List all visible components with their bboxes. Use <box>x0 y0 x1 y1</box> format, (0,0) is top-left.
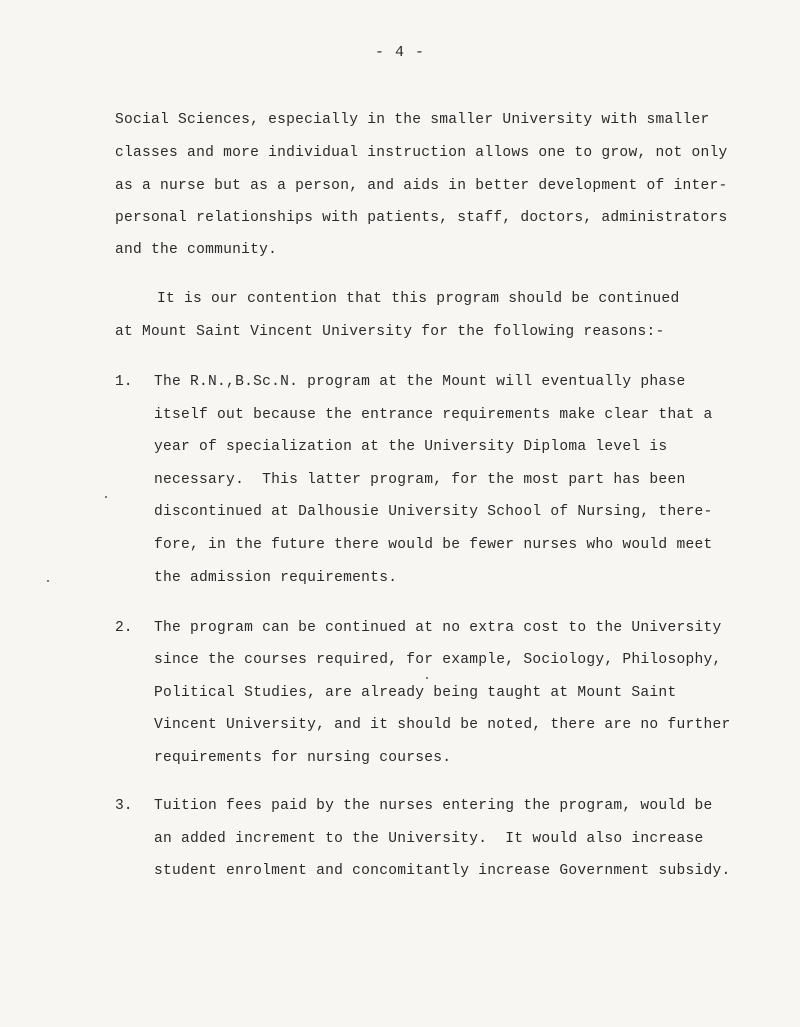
reason-line: student enrolment and concomitantly incr… <box>154 862 731 880</box>
reason-line: The R.N.,B.Sc.N. program at the Mount wi… <box>154 373 685 391</box>
reason-number: 1. <box>115 373 133 391</box>
paragraph-line: Social Sciences, especially in the small… <box>115 111 710 129</box>
paper-speck <box>426 677 428 679</box>
reason-line: Tuition fees paid by the nurses entering… <box>154 797 712 815</box>
reason-number: 2. <box>115 619 133 637</box>
paragraph-line: and the community. <box>115 241 277 259</box>
paragraph-line: classes and more individual instruction … <box>115 144 728 162</box>
reason-line: since the courses required, for example,… <box>154 651 721 669</box>
paragraph-line: personal relationships with patients, st… <box>115 209 728 227</box>
reason-number: 3. <box>115 797 133 815</box>
reason-line: the admission requirements. <box>154 569 397 587</box>
reason-line: fore, in the future there would be fewer… <box>154 536 712 554</box>
reason-line: Political Studies, are already being tau… <box>154 684 676 702</box>
paragraph-line: as a nurse but as a person, and aids in … <box>115 177 728 195</box>
document-page: - 4 - Social Sciences, especially in the… <box>0 0 800 1027</box>
reason-line: The program can be continued at no extra… <box>154 619 721 637</box>
paragraph-line: at Mount Saint Vincent University for th… <box>115 323 664 341</box>
paper-speck <box>47 580 49 582</box>
page-number: - 4 - <box>0 44 800 61</box>
reason-line: Vincent University, and it should be not… <box>154 716 731 734</box>
paragraph-line: It is our contention that this program s… <box>157 290 679 308</box>
paper-speck <box>105 496 107 498</box>
reason-line: necessary. This latter program, for the … <box>154 471 685 489</box>
reason-line: discontinued at Dalhousie University Sch… <box>154 503 712 521</box>
reason-line: an added increment to the University. It… <box>154 830 703 848</box>
reason-line: itself out because the entrance requirem… <box>154 406 712 424</box>
reason-line: year of specialization at the University… <box>154 438 667 456</box>
reason-line: requirements for nursing courses. <box>154 749 451 767</box>
